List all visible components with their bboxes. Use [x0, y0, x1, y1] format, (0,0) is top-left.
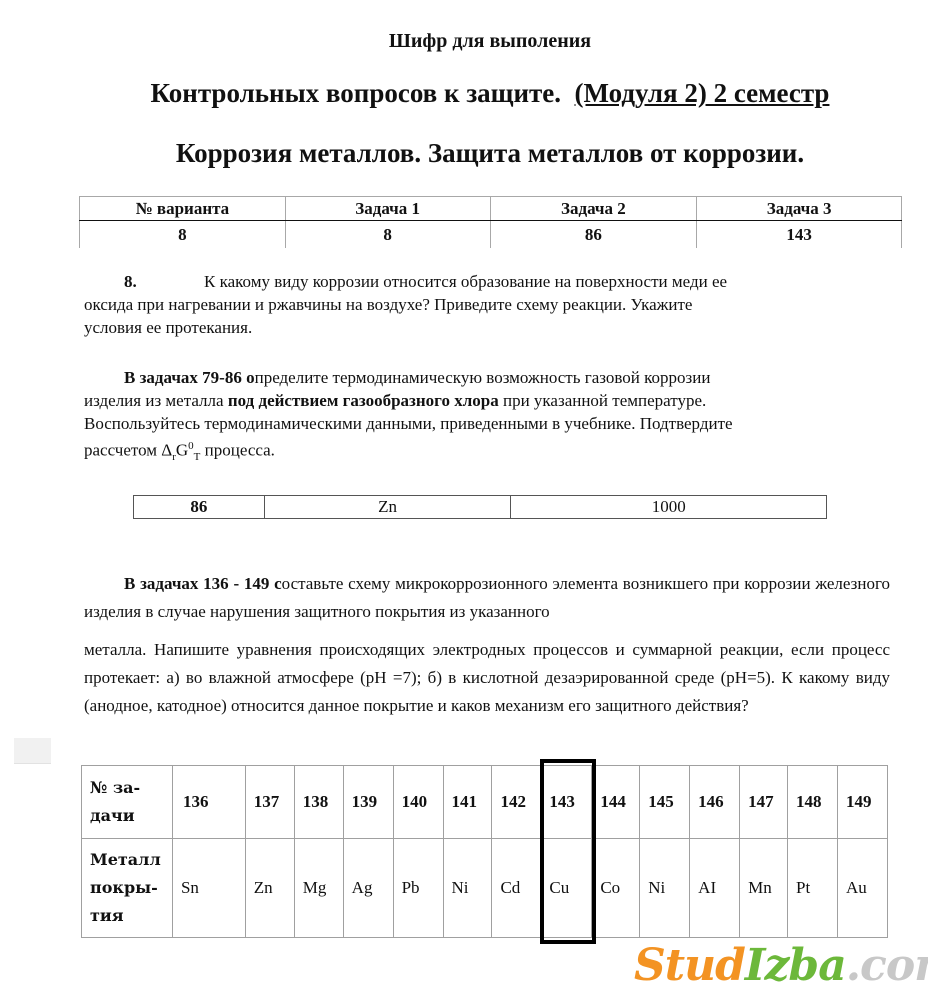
task2-cell-metal: Zn — [264, 496, 511, 519]
coating-metal-cell: Au — [837, 839, 887, 938]
task3-bold-intro: В задачах 136 - 149 с — [124, 574, 282, 593]
heading-module: (Модуля 2) 2 семестр — [575, 78, 830, 108]
coating-metal-cell: Zn — [245, 839, 294, 938]
coating-metal-cell: Co — [592, 839, 640, 938]
task-number-cell: 149 — [837, 766, 887, 839]
task-number-cell: 144 — [592, 766, 640, 839]
coating-metal-cell: Sn — [172, 839, 245, 938]
coating-metal-cell: Pb — [393, 839, 443, 938]
task2-table: 86 Zn 1000 — [133, 495, 827, 519]
task-number-cell: 141 — [443, 766, 492, 839]
coating-metal-cell: AI — [690, 839, 740, 938]
task2-cell-number: 86 — [134, 496, 265, 519]
task3-paragraph-2: металла. Напишите уравнения происходящих… — [84, 636, 890, 720]
variant-value-cell: 8 — [80, 221, 286, 249]
doc-heading-questions: Контрольных вопросов к защите. (Модуля 2… — [0, 78, 928, 109]
task1-paragraph: 8.К какому виду коррозии относится образ… — [84, 270, 890, 339]
variant-table: № варианта Задача 1 Задача 2 Задача 3 8 … — [79, 196, 902, 248]
task-number-cell: 146 — [690, 766, 740, 839]
coating-metal-cell: Mg — [294, 839, 343, 938]
task-number-cell: 138 — [294, 766, 343, 839]
task1-number: 8. — [84, 270, 204, 293]
logo-part-com: .com — [846, 940, 928, 991]
task1-text: оксида при нагревании и ржавчины на возд… — [84, 293, 890, 316]
task2-bold-intro: В задачах 79-86 о — [124, 368, 255, 387]
variant-value-cell: 86 — [490, 221, 697, 249]
doc-heading-cipher: Шифр для выполения — [0, 30, 928, 53]
task2-text: пределите термодинамическую возможность … — [255, 368, 711, 387]
formula-g: G — [176, 441, 188, 460]
task1-text: условия ее протекания. — [84, 316, 890, 339]
task2-text: рассчетом Δ — [84, 441, 172, 460]
row-label-coating-metal: Металлпокры-тия — [82, 839, 173, 938]
variant-header-cell: Задача 3 — [697, 197, 902, 221]
variant-header-cell: Задача 2 — [490, 197, 697, 221]
studizba-watermark-logo: StudIzba.com — [634, 940, 928, 991]
task-number-cell: 136 — [172, 766, 245, 839]
doc-heading-topic: Коррозия металлов. Защита металлов от ко… — [0, 138, 928, 169]
coating-metal-cell: Ni — [443, 839, 492, 938]
task1-text: К какому виду коррозии относится образов… — [204, 272, 727, 291]
task-number-cell: 137 — [245, 766, 294, 839]
coating-metal-cell: Cd — [492, 839, 541, 938]
task-number-cell: 145 — [640, 766, 690, 839]
task-number-cell: 140 — [393, 766, 443, 839]
logo-part-izba: Izba — [745, 940, 846, 991]
task2-text: Воспользуйтесь термодинамическими данным… — [84, 412, 890, 435]
row-label-task-number: № за-дачи — [82, 766, 173, 839]
coating-metal-cell: Mn — [740, 839, 788, 938]
variant-value-cell: 143 — [697, 221, 902, 249]
task2-text: при указанной температуре. — [499, 391, 707, 410]
task2-text: изделия из металла — [84, 391, 228, 410]
variant-header-cell: Задача 1 — [285, 197, 490, 221]
task2-cell-temperature: 1000 — [511, 496, 827, 519]
task3-paragraph-1: В задачах 136 - 149 составьте схему микр… — [84, 570, 890, 626]
task-number-cell: 148 — [788, 766, 838, 839]
task-number-cell: 142 — [492, 766, 541, 839]
coating-metal-cell: Ni — [640, 839, 690, 938]
highlight-box-143 — [540, 759, 596, 944]
task-number-cell: 139 — [343, 766, 393, 839]
coating-metal-cell: Ag — [343, 839, 393, 938]
logo-part-stud: Stud — [634, 940, 745, 991]
task3-table: № за-дачи 136137138139140141142143144145… — [81, 765, 888, 938]
task2-bold-mid: под действием газообразного хлора — [228, 391, 499, 410]
heading-main: Контрольных вопросов к защите. — [151, 78, 561, 108]
side-scroll-marker — [14, 738, 51, 764]
coating-metal-cell: Pt — [788, 839, 838, 938]
variant-header-cell: № варианта — [80, 197, 286, 221]
task2-paragraph: В задачах 79-86 определите термодинамиче… — [84, 366, 890, 469]
variant-value-cell: 8 — [285, 221, 490, 249]
task-number-cell: 147 — [740, 766, 788, 839]
task2-text: процесса. — [200, 441, 275, 460]
